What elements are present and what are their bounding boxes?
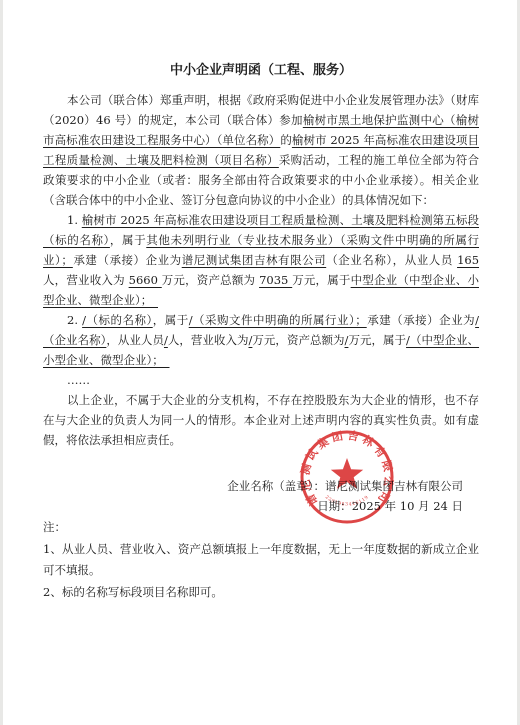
text-run: 万元，属于 [292,273,350,287]
document-title: 中小企业声明函（工程、服务） [43,63,479,79]
text-run: 的 [280,133,292,147]
company-name-value: 谱尼测试集团吉林有限公司 [325,479,463,493]
text-run: ，从业人员 [106,333,164,347]
date-line: 日期：2025 年 10 月 24 日 [43,496,463,516]
text-run: 人，营业收入为 [168,333,249,347]
underlined-text: /（采购文件中明确的所属行业）； [189,313,367,327]
text-run: 承建（承接）企业为 [367,313,475,327]
date-value: 2025 年 10 月 24 日 [352,499,463,513]
paragraph-intro: 本公司（联合体）郑重声明，根据《政府采购促进中小企业发展管理办法》（财库（202… [43,90,479,210]
company-label: 企业名称（盖章）： [227,479,325,493]
text-run: 万元，资产总额为 [162,273,259,287]
text-run: 承建（承接）企业为 [73,253,182,267]
text-run: 以上企业，不属于大企业的分支机构，不存在控股股东为大企业的情形，也不存在与大企业… [43,393,479,447]
clause-item-1: 1. 榆树市 2025 年高标准农田建设项目工程质量检测、土壤及肥料检测第五标段… [43,210,479,310]
text-run: （企业名称），从业人员 [326,253,457,267]
text-run: 万元，资产总额为 [252,333,344,347]
text-run: 万元，属于 [348,333,406,347]
note-item-2: 2、标的名称写标段项目名称即可。 [43,582,479,604]
underlined-text: 7035 [259,273,292,287]
text-run: ，属于 [110,233,146,247]
text-run: 2. [67,313,82,327]
notes-section: 注： 1、从业人员、营业收入、资产总额填报上一年度数据，无上一年度数据的新成立企… [43,517,479,603]
ellipsis-line: …… [43,370,479,390]
document-page: 中小企业声明函（工程、服务） 本公司（联合体）郑重声明，根据《政府采购促进中小企… [3,0,517,725]
text-run: 1. [67,213,82,227]
signature-block: 企业名称（盖章）：谱尼测试集团吉林有限公司 日期：2025 年 10 月 24 … [43,476,479,516]
note-item-1: 1、从业人员、营业收入、资产总额填报上一年度数据，无上一年度数据的新成立企业可不… [43,539,479,582]
text-run: ，属于 [153,313,189,327]
underlined-text: 谱尼测试集团吉林有限公司 [182,253,326,267]
paragraph-declaration: 以上企业，不属于大企业的分支机构，不存在控股股东为大企业的情形，也不存在与大企业… [43,390,479,450]
company-name-line: 企业名称（盖章）：谱尼测试集团吉林有限公司 [43,476,463,496]
date-label: 日期： [317,499,352,513]
text-run: 人，营业收入为 [43,273,129,287]
underlined-text: /（标的名称） [82,313,153,327]
document-content: 中小企业声明函（工程、服务） 本公司（联合体）郑重声明，根据《政府采购促进中小企… [3,0,517,603]
underlined-text: 165 [457,253,479,267]
underlined-text: 5660 [129,273,162,287]
clause-item-2: 2. /（标的名称），属于/（采购文件中明确的所属行业）；承建（承接）企业为/（… [43,310,479,370]
notes-header: 注： [43,517,479,539]
